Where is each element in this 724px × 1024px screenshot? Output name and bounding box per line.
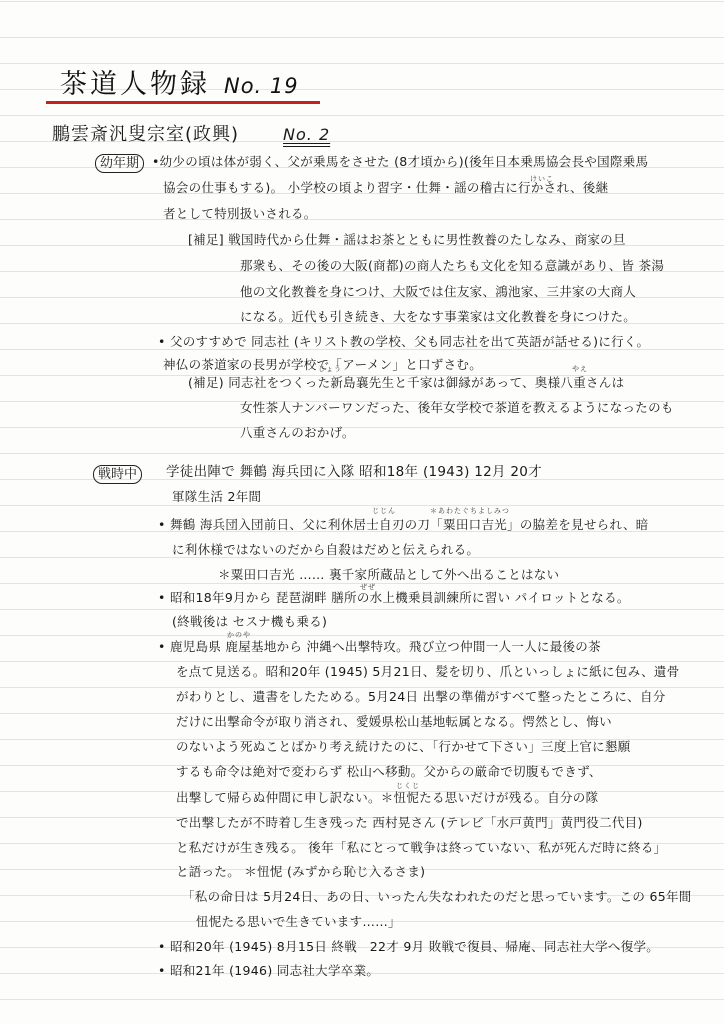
text-line: • 鹿児島県 鹿屋基地から 沖縄へ出撃特攻。飛び立つ仲間一人一人に最後の茶 bbox=[158, 639, 601, 655]
text-line: と私だけが生き残る。 後年「私にとって戦争は終っていない、私が死んだ時に終る」 bbox=[176, 840, 666, 856]
text-line: ＊粟田口吉光 …… 裏千家所蔵品として外へ出ることはない bbox=[218, 567, 559, 583]
text-line: に利休様ではないのだから自殺はだめと伝えられる。 bbox=[172, 542, 479, 558]
text-line: になる。近代も引き続き、大をなす事業家は文化教養を身につけた。 bbox=[240, 309, 636, 325]
text-line: •幼少の頃は体が弱く、父が乗馬をさせた (8才頃から)(後年日本乗馬協会長や国際… bbox=[152, 154, 648, 170]
text-line: (終戦後は セスナ機も乗る) bbox=[172, 614, 327, 630]
ruby-yae: やえ bbox=[572, 364, 588, 374]
text-line: がわりとし、遺書をしたためる。5月24日 出撃の準備がすべて整ったところに、自分 bbox=[176, 689, 666, 705]
subtitle: 鵬雲斎汎叟宗室(政興)No. 2 bbox=[52, 120, 330, 146]
text-line: と語った。 ＊忸怩 (みずから恥じ入るさま) bbox=[176, 864, 425, 880]
ruby-keiko: けいこ bbox=[530, 174, 554, 184]
text-line: 軍隊生活 2年間 bbox=[172, 489, 261, 505]
text-line: だけに出撃命令が取り消され、愛媛県松山基地転属となる。愕然とし、悔い bbox=[176, 714, 612, 730]
text-line: • 昭和20年 (1945) 8月15日 終戦 22才 9月 敗戦で復員、帰庵、… bbox=[158, 939, 659, 955]
section-tag-wartime: 戦時中 bbox=[93, 463, 142, 484]
text-line: 他の文化教養を身につけ、大阪では住友家、鴻池家、三井家の大商人 bbox=[240, 284, 636, 300]
text-line: 学徒出陣で 舞鶴 海兵団に入隊 昭和18年 (1943) 12月 20才 bbox=[166, 464, 542, 480]
ruby-jijin: じじん bbox=[372, 506, 396, 516]
title-underline bbox=[46, 101, 320, 104]
part-number: No. 2 bbox=[283, 125, 330, 144]
text-line: • 昭和18年9月から 琵琶湖畔 膳所の水上機乗員訓練所に習い パイロットとなる… bbox=[158, 590, 630, 606]
page-title: 茶道人物録No. 19 bbox=[60, 62, 299, 101]
title-main: 茶道人物録 bbox=[60, 69, 210, 100]
text-line: (補足) 同志社をつくった新島襄先生と千家は御縁があって、奥様八重さんは bbox=[188, 375, 624, 391]
text-line: [補足] 戦国時代から仕舞・謡はお茶とともに男性教養のたしなみ、商家の旦 bbox=[188, 232, 626, 248]
text-line: 出撃して帰らぬ仲間に申し訳ない。＊忸怩たる思いだけが残る。自分の隊 bbox=[176, 790, 598, 806]
quote-line: 忸怩たる思いで生きています……」 bbox=[196, 914, 401, 930]
text-line: で出撃したが不時着し生き残った 西村晃さん (テレビ「水戸黄門」黄門役二代目) bbox=[176, 815, 643, 831]
subject-name: 鵬雲斎汎叟宗室(政興) bbox=[52, 124, 239, 145]
text-line: • 昭和21年 (1946) 同志社大学卒業。 bbox=[158, 963, 379, 979]
text-line: を点て見送る。昭和20年 (1945) 5月21日、髪を切り、爪といっしょに紙に… bbox=[176, 664, 680, 680]
text-line: • 父のすすめで 同志社 (キリスト教の学校、父も同志社を出て英語が話せる)に行… bbox=[158, 334, 649, 350]
text-line: 那衆も、その後の大阪(商都)の商人たちも文化を知る意識があり、皆 茶湯 bbox=[240, 258, 664, 274]
notebook-page: 茶道人物録No. 19 鵬雲斎汎叟宗室(政興)No. 2 幼年期 •幼少の頃は体… bbox=[0, 0, 724, 1024]
ruby-awataguchi: ＊あわたぐちよしみつ bbox=[430, 506, 510, 516]
ruby-jo: じょう bbox=[318, 364, 342, 374]
text-line: 八重さんのおかげ。 bbox=[240, 425, 355, 441]
title-number: No. 19 bbox=[224, 74, 299, 98]
text-line: のないよう死ぬことばかり考え続けたのに、「行かせて下さい」三度上官に懇願 bbox=[176, 739, 631, 755]
text-line: • 舞鶴 海兵団入団前日、父に利休居士自刃の刀「粟田口吉光」の脇差を見せられ、暗 bbox=[158, 517, 649, 533]
text-line: 者として特別扱いされる。 bbox=[163, 206, 317, 222]
text-line: 女性茶人ナンバーワンだった、後年女学校で茶道を教えるようになったのも bbox=[240, 400, 674, 416]
section-tag-childhood: 幼年期 bbox=[95, 152, 144, 173]
text-line: するも命令は絶対で変わらず 松山へ移動。父からの厳命で切腹もできず、 bbox=[176, 764, 602, 780]
quote-line: 「私の命日は 5月24日、あの日、いったん失なわれたのだと思っています。この 6… bbox=[182, 889, 692, 905]
